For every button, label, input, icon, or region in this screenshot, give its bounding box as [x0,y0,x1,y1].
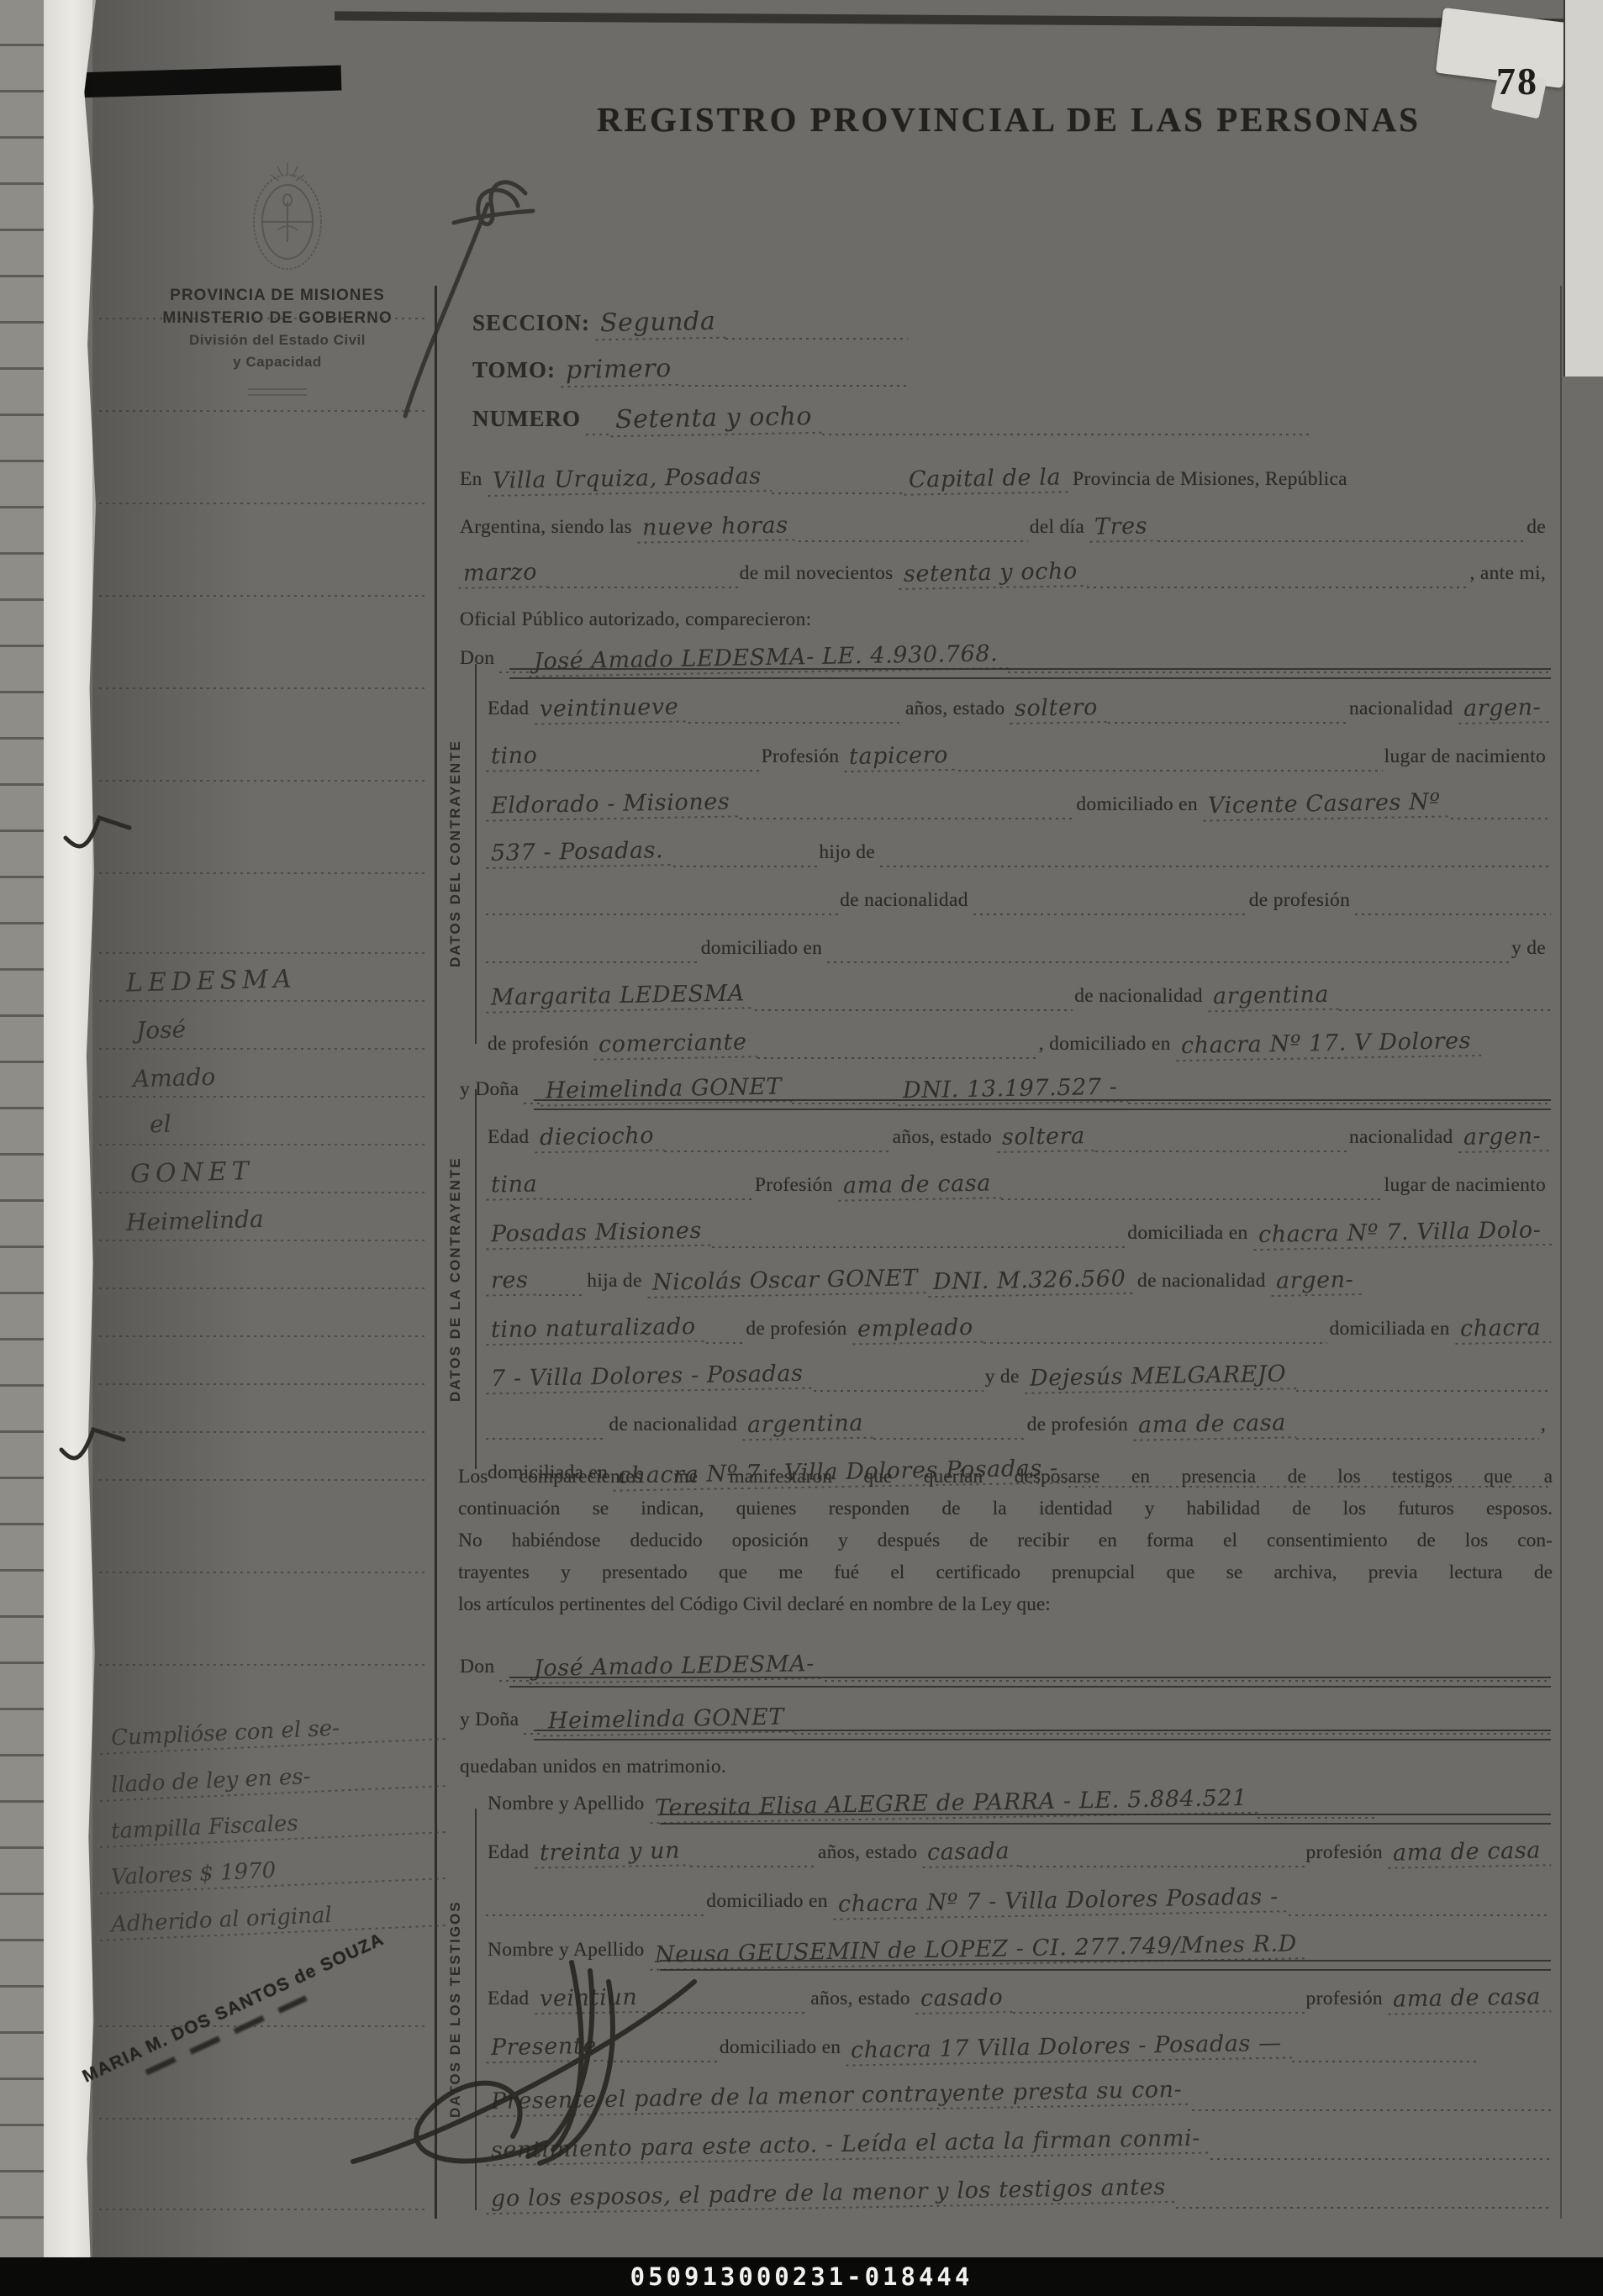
dotted-fill [486,1877,704,1916]
dotted-fill [1013,1975,1304,2014]
double-rule [534,1099,1551,1110]
form-row-bride-5: reshija deNicolás Oscar GONETDNI. M.326.… [486,1257,1551,1296]
handwritten-entry: comerciante [593,1029,757,1060]
form-row-bride-2: Edaddieciochoaños, estadosolteranacional… [486,1114,1551,1152]
page-number: 78 [1496,59,1538,103]
dotted-fill [799,503,1028,542]
form-row-decl-2: y DoñaHeimelinda GONET [458,1696,1551,1735]
dotted-fill [547,1161,752,1200]
margin-name-note: José [136,1015,187,1045]
printed-label: domiciliado en [699,937,828,963]
handwritten-entry: Margarita LEDESMA [486,980,755,1014]
form-row-bride-7: 7 - Villa Dolores - Posadasy deDejesús M… [486,1353,1551,1392]
dotted-fill [682,343,908,387]
dotted-fill [755,972,1073,1011]
handwritten-entry: chacra Nº 7 - Villa Dolores Posadas - [833,1883,1289,1919]
margin-name-note: Heimelinda [126,1205,264,1236]
printed-label: domiciliado en [1074,793,1203,819]
dotted-fill [822,392,1311,435]
handwritten-entry: DNI. M.326.560 [927,1266,1136,1298]
margin-rule-line [99,1240,429,1241]
margin-rule-line [99,1288,429,1289]
printed-label: de nacionalidad [1073,985,1208,1011]
printed-label: años, estado [816,1841,922,1867]
printed-label: y de [983,1366,1025,1392]
dotted-fill [827,924,1510,963]
dotted-fill [1176,2170,1551,2209]
signature-scribble-icon [319,1933,706,2185]
margin-rule-line [99,952,429,954]
dotted-fill [1020,1829,1304,1867]
form-right-rule [1560,286,1562,2219]
printed-label: domiciliado en [718,2036,846,2062]
printed-label: años, estado [904,698,1010,724]
dotted-fill [1192,2072,1551,2111]
dotted-fill [664,1114,891,1152]
handwritten-entry: empleado [852,1314,983,1345]
printed-label: lugar de nacimiento [1383,1174,1551,1200]
handwritten-entry: Segunda [595,307,726,341]
margin-name-note: Amado [133,1063,216,1093]
dotted-fill [1289,1877,1551,1916]
handwritten-entry: chacra 17 Villa Dolores - Posadas — [846,2030,1292,2066]
margin-rule-line [99,1664,429,1666]
handwritten-entry: tino [486,742,548,771]
printed-label: , [1539,1414,1551,1440]
underlying-page-edge [0,0,49,2296]
dotted-fill [958,733,1382,771]
handwritten-entry: soltero [1010,694,1109,724]
margin-rule-line [99,1048,429,1050]
handwritten-entry: marzo [458,559,548,589]
handwritten-entry: ama de casa [1388,1983,1552,2014]
form-row-groom-9: de profesióncomerciante, domiciliado enc… [486,1020,1551,1059]
dotted-fill [1451,781,1551,819]
printed-label: y de [1510,937,1551,963]
margin-name-note: GONET [130,1156,255,1189]
paragraph-line: los artículos pertinentes del Código Civ… [458,1588,1553,1620]
legal-paragraph: Los comparecientes me manifestaron que q… [458,1461,1553,1620]
form-row-groom-8: Margarita LEDESMAde nacionalidadargentin… [486,972,1551,1011]
form-row-groom-2: Edadveintinueveaños, estadosolteronacion… [486,685,1551,724]
section-label-bride: DATOS DE LA CONTRAYENTE [437,1089,474,1469]
printed-label: quedaban unidos en matrimonio. [458,1756,731,1782]
printed-label: domiciliada en [1327,1318,1454,1344]
form-row-groom-7: domiciliado eny de [486,924,1551,963]
double-rule [660,1814,1551,1825]
margin-name-note: LEDESMA [126,964,298,998]
handwritten-entry: Tres [1089,513,1158,542]
handwritten-entry: argen- [1458,1123,1551,1153]
dotted-fill [712,1209,1126,1248]
form-row-witnesses-2: Edadtreinta y unaños, estadocasadaprofes… [486,1829,1551,1867]
dotted-fill [757,1020,1037,1059]
handwritten-entry: casado [915,1984,1013,2014]
dotted-fill [873,1401,1026,1440]
handwritten-entry: Villa Urquiza, Posadas [487,463,771,497]
printed-label: de mil novecientos [738,562,899,588]
printed-label: Edad [486,1126,535,1152]
dotted-fill [586,392,610,435]
form-row-bride-4: Posadas Misionesdomiciliada enchacra Nº … [486,1209,1551,1248]
handwritten-entry: soltera [997,1123,1095,1153]
printed-label: de [1525,516,1551,542]
printed-label: profesión [1305,1988,1388,2014]
handwritten-entry: tapicero [844,742,959,772]
printed-label: En [458,468,488,494]
handwritten-entry: veintinueve [534,693,688,724]
handwritten-entry: ama de casa [1133,1409,1297,1440]
margin-rule-line [99,1431,429,1433]
printed-label: , ante mi, [1469,562,1551,588]
printed-label: Profesión [753,1174,838,1200]
printed-label: nacionalidad [1347,698,1458,724]
printed-label: de nacionalidad [838,889,973,915]
paragraph-line: trayentes y presentado que me fué el cer… [458,1556,1553,1588]
form-row-intro-2: Argentina, siendo lasnueve horasdel díaT… [458,503,1551,542]
margin-rule-line [99,410,429,412]
dotted-fill [688,685,904,724]
handwritten-entry: casada [922,1838,1020,1868]
printed-label: años, estado [891,1126,997,1152]
form-row-bride-1: y DoñaHeimelinda GONETDNI. 13.197.527 - [458,1066,1551,1104]
printed-label: profesión [1305,1841,1388,1867]
double-rule [509,668,1551,679]
section-label-groom: DATOS DEL CONTRAYENTE [437,664,474,1044]
dotted-fill [706,1305,745,1344]
dotted-fill [1157,503,1525,542]
margin-rule-line [99,1335,429,1337]
dotted-fill [772,456,904,494]
form-row-intro-3: marzode mil novecientossetenta y ocho, a… [458,550,1551,588]
paragraph-line: continuación se indican, quienes respond… [458,1493,1553,1525]
handwritten-entry: argentina [1208,982,1340,1013]
handwritten-entry: chacra Nº 17. V Dolores [1175,1028,1481,1061]
printed-label: de profesión [1247,889,1355,915]
dotted-fill [1210,2121,1551,2160]
handwritten-entry: 7 - Villa Dolores - Posadas [486,1361,814,1395]
scan-dark-wedge [74,66,342,98]
printed-label: de profesión [744,1318,852,1344]
margin-rule-line [99,1192,429,1193]
document-id: 050913000231-018444 [630,2262,973,2291]
dotted-fill [1108,685,1347,724]
page-top-shadow [335,11,1603,28]
document-id-band: 050913000231-018444 [0,2257,1603,2296]
printed-label: de nacionalidad [1136,1270,1271,1296]
section-rule-bride [475,1089,477,1469]
torn-page-edge [44,0,96,2296]
form-row-bride-6: tino naturalizadode profesiónempleadodom… [486,1305,1551,1344]
dotted-fill [1087,550,1468,588]
printed-label: y Doña [458,1078,524,1104]
form-row-groom-6: de nacionalidadde profesión [486,877,1551,915]
dotted-fill [1296,1353,1551,1392]
printed-label: Argentina, siendo las [458,516,637,542]
printed-label: hija de [585,1270,646,1296]
margin-rule-line [99,687,429,689]
handwritten-entry: Capital de la [904,464,1072,495]
handwritten-entry: argentina [742,1410,874,1441]
margin-rule-line [99,1096,429,1098]
handwritten-entry: nueve horas [637,512,799,543]
fiscal-note-line: tampilla Fiscales [98,1804,446,1848]
handwritten-entry: Eldorado - Misiones [486,788,741,821]
printed-label: Oficial Público autorizado, compareciero… [458,608,816,635]
margin-rule-line [99,780,429,782]
form-row-bride-8: de nacionalidadargentinade profesiónama … [486,1401,1551,1440]
form-row-witnesses-3: domiciliado enchacra Nº 7 - Villa Dolore… [486,1877,1551,1916]
handwritten-entry: ama de casa [1388,1837,1552,1868]
scanned-register-page: 78 REGISTRO PROVINCIAL DE LAS PERSONAS P… [0,0,1603,2296]
margin-rule-line [99,503,429,504]
handwritten-entry: dieciocho [534,1123,664,1154]
form-row-groom-3: tinoProfesióntapicerolugar de nacimiento [486,733,1551,771]
form-row-header-2: TOMO:primero [471,343,908,387]
handwritten-entry: Vicente Casares Nº [1203,788,1451,821]
fiscal-note-line: Valores $ 1970 [98,1851,446,1894]
form-row-header-1: SECCION:Segunda [471,296,908,340]
dotted-fill [740,781,1074,819]
checkmark-icon [55,1416,130,1475]
printed-label: hijo de [817,841,880,867]
form-row-groom-5: 537 - Posadas.hijo de [486,829,1551,867]
dotted-fill [539,1257,586,1296]
printed-label: Profesión [760,745,845,771]
handwritten-entry: argen- [1458,694,1551,724]
printed-label: NUMERO [471,406,586,435]
printed-label: Don [458,1656,499,1682]
form-row-intro-1: EnVilla Urquiza, PosadasCapital de laPro… [458,456,1551,494]
handwritten-entry: treinta y un [534,1837,690,1868]
handwritten-entry: tina [486,1171,548,1200]
form-row-header-3: NUMEROSetenta y ocho [471,392,1311,435]
double-rule [660,1960,1551,1971]
form-row-witnesses-1: Nombre y ApellidoTeresita Elisa ALEGRE d… [486,1780,1551,1819]
printed-label: Nombre y Apellido [486,1793,650,1819]
printed-label: lugar de nacimiento [1383,745,1551,771]
paragraph-line: No habiéndose deducido oposición y despu… [458,1525,1553,1556]
printed-label: Don [458,647,499,673]
dotted-fill [880,829,1551,867]
printed-label: domiciliado en [704,1890,833,1916]
checkmark-icon [59,803,134,861]
form-row-groom-1: DonJosé Amado LEDESMA- LE. 4.930.768. [458,635,1551,673]
dotted-fill [1355,877,1551,915]
double-rule [534,1730,1551,1740]
dotted-fill [486,1401,607,1440]
margin-rule-line [99,1479,429,1481]
margin-rule-line [99,1572,429,1573]
printed-label: TOMO: [471,357,561,387]
form-row-intro-4: Oficial Público autorizado, compareciero… [458,596,1114,635]
paragraph-line: Los comparecientes me manifestaron que q… [458,1461,1553,1493]
handwritten-entry: Dejesús MELGAREJO [1024,1361,1296,1394]
form-row-decl-3: quedaban unidos en matrimonio. [458,1743,1097,1782]
dotted-fill [1339,972,1551,1011]
form-row-groom-4: Eldorado - Misionesdomiciliado enVicente… [486,781,1551,819]
margin-rule-line [99,1000,429,1002]
dotted-fill [983,1305,1328,1344]
dotted-fill [547,550,738,588]
handwritten-entry: setenta y ocho [898,558,1087,590]
handwritten-entry: chacra [1454,1314,1551,1345]
register-title: REGISTRO PROVINCIAL DE LAS PERSONAS [471,99,1547,140]
handwritten-entry: argen- [1270,1266,1363,1297]
dotted-fill [814,1353,983,1392]
dotted-fill [673,829,817,867]
handwritten-entry: Setenta y ocho [610,402,823,437]
margin-rule-line [99,1383,429,1385]
handwritten-entry: tino naturalizado [486,1314,706,1346]
handwritten-entry: Posadas Misiones [486,1218,713,1251]
fiscal-note-line: llado de ley en es- [98,1758,446,1802]
handwritten-entry: res [486,1266,539,1296]
dotted-fill [486,924,699,963]
handwritten-entry: 537 - Posadas. [486,837,674,869]
letterhead-smallprint [248,388,307,398]
dotted-fill [725,296,908,340]
printed-label: y Doña [458,1709,524,1735]
printed-label: Edad [486,698,535,724]
printed-label: domiciliada en [1126,1222,1252,1248]
torn-paper-strip [1563,0,1603,377]
printed-label: del día [1028,516,1089,542]
dotted-fill [1001,1161,1383,1200]
printed-label: de nacionalidad [607,1414,742,1440]
handwritten-entry: primero [561,354,683,388]
handwritten-entry: ama de casa [837,1170,1001,1201]
margin-rule-line [99,1144,429,1145]
dotted-fill [1292,2024,1477,2062]
margin-rule-line [99,595,429,597]
printed-label: , domiciliado en [1037,1033,1176,1059]
double-rule [509,1677,1551,1688]
margin-name-note: el [150,1110,171,1139]
coat-of-arms-icon [245,153,330,279]
dotted-fill [973,877,1247,915]
margin-rule-line [99,318,429,319]
section-rule-groom [475,664,477,1044]
form-row-decl-1: DonJosé Amado LEDESMA- [458,1643,1551,1682]
printed-label: de profesión [486,1033,593,1059]
printed-label: nacionalidad [1347,1126,1458,1152]
printed-label: de profesión [1026,1414,1133,1440]
printed-label: años, estado [809,1988,915,2014]
handwritten-entry: Nicolás Oscar GONET [646,1265,928,1298]
dotted-fill [486,877,838,915]
dotted-fill [548,733,760,771]
printed-label: Provincia de Misiones, República [1071,468,1353,494]
dotted-fill [690,1829,816,1867]
printed-label: SECCION: [471,310,595,340]
fiscal-note-line: Cumplióse con el se- [98,1711,446,1755]
dotted-fill [1095,1114,1347,1152]
dotted-fill [1296,1401,1539,1440]
handwritten-entry: chacra Nº 7. Villa Dolo- [1252,1217,1551,1251]
form-row-bride-3: tinaProfesiónama de casalugar de nacimie… [486,1161,1551,1200]
margin-rule-line [99,872,429,874]
printed-label: Edad [486,1841,535,1867]
margin-rule-line [99,2209,429,2210]
